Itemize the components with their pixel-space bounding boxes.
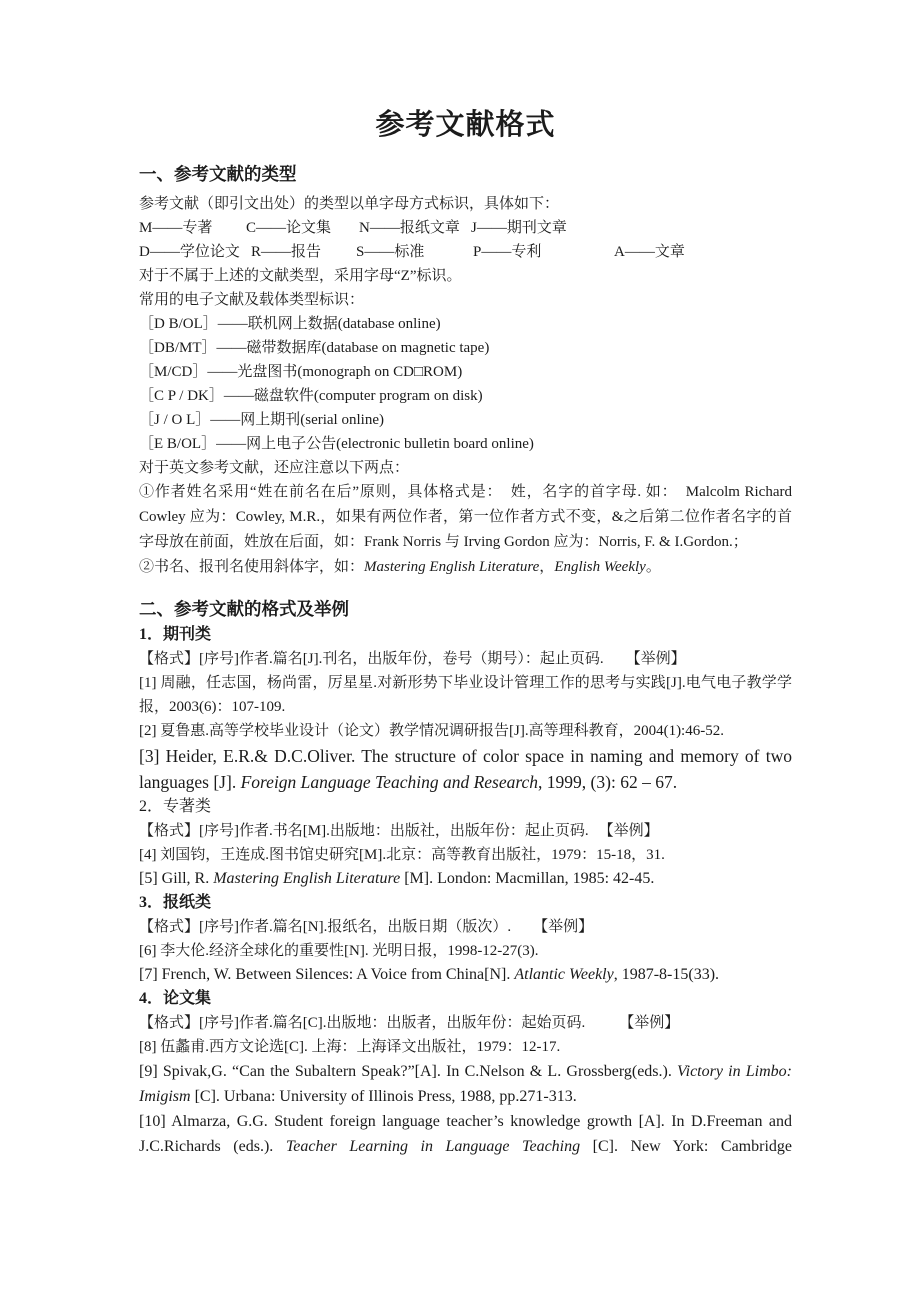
note2-prefix: ②书名、报刊名使用斜体字，如： bbox=[139, 559, 364, 575]
type-code-c: C——论文集 bbox=[246, 216, 359, 240]
document-page: 参考文献格式 一、参考文献的类型 参考文献（即引文出处）的类型以单字母方式标识，… bbox=[0, 0, 920, 1302]
reference-8: [8] 伍蠡甫.西方文论选[C]. 上海：上海译文出版社，1979：12-17. bbox=[139, 1035, 792, 1059]
note2-suffix: 。 bbox=[646, 559, 661, 575]
note2-separator: ， bbox=[539, 559, 554, 575]
ref7-tail: , 1987-8-15(33). bbox=[614, 966, 719, 983]
ref9-text: [9] Spivak,G. “Can the Subaltern Speak?”… bbox=[139, 1063, 677, 1080]
reference-2: [2] 夏鲁惠.高等学校毕业设计（论文）教学情况调研报告[J].高等理科教育，2… bbox=[139, 719, 792, 743]
subsection-3-heading: 3．报纸类 bbox=[139, 891, 792, 915]
ref5-text: [5] Gill, R. bbox=[139, 870, 213, 887]
type-code-p: P——专利 bbox=[473, 240, 614, 264]
ref3-journal-italic: Foreign Language Teaching and Research bbox=[241, 772, 538, 792]
electronic-type-j-ol: ［J / O L］——网上期刊(serial online) bbox=[139, 408, 792, 432]
subsection-2-heading: 2．专著类 bbox=[139, 795, 792, 819]
ref7-journal-italic: Atlantic Weekly bbox=[514, 966, 613, 983]
electronic-intro: 常用的电子文献及载体类型标识： bbox=[139, 288, 792, 312]
reference-9: [9] Spivak,G. “Can the Subaltern Speak?”… bbox=[139, 1059, 792, 1109]
type-code-row2: D——学位论文 R——报告 S——标准 P——专利 A——文章 bbox=[139, 240, 792, 264]
electronic-type-db-mt: ［DB/MT］——磁带数据库(database on magnetic tape… bbox=[139, 336, 792, 360]
subsection-2-format-line: 【格式】[序号]作者.书名[M].出版地：出版社，出版年份：起止页码.【举例】 bbox=[139, 819, 792, 843]
subsection-4-format-line: 【格式】[序号]作者.篇名[C].出版地：出版者，出版年份：起始页码.【举例】 bbox=[139, 1011, 792, 1035]
ref7-text: [7] French, W. Between Silences: A Voice… bbox=[139, 966, 514, 983]
type-code-r: R——报告 bbox=[251, 240, 356, 264]
section1-heading: 一、参考文献的类型 bbox=[139, 160, 792, 188]
type-code-row1: M——专著 C——论文集 N——报纸文章 J——期刊文章 bbox=[139, 216, 792, 240]
ref5-book-italic: Mastering English Literature bbox=[213, 870, 400, 887]
format-text: 【格式】[序号]作者.篇名[N].报纸名，出版日期（版次）. bbox=[139, 919, 511, 935]
english-note-2: ②书名、报刊名使用斜体字，如：Mastering English Literat… bbox=[139, 555, 792, 579]
electronic-type-cp-dk: ［C P / DK］——磁盘软件(computer program on dis… bbox=[139, 384, 792, 408]
document-title: 参考文献格式 bbox=[139, 104, 792, 146]
electronic-type-m-cd: ［M/CD］——光盘图书(monograph on CD□ROM) bbox=[139, 360, 792, 384]
reference-1: [1] 周融，任志国，杨尚雷，厉星星.对新形势下毕业设计管理工作的思考与实践[J… bbox=[139, 671, 792, 719]
section2-heading: 二、参考文献的格式及举例 bbox=[139, 595, 792, 623]
format-text: 【格式】[序号]作者.书名[M].出版地：出版社，出版年份：起止页码. bbox=[139, 823, 589, 839]
example-label: 【举例】 bbox=[533, 919, 593, 935]
format-text: 【格式】[序号]作者.篇名[J].刊名，出版年份，卷号（期号）：起止页码. bbox=[139, 651, 604, 667]
subsection-1-heading: 1．期刊类 bbox=[139, 623, 792, 647]
ref10-book-italic: Teacher Learning in Language Teaching bbox=[286, 1138, 580, 1155]
ref5-tail: [M]. London: Macmillan, 1985: 42-45. bbox=[400, 870, 654, 887]
type-code-j: J——期刊文章 bbox=[471, 216, 567, 240]
electronic-type-db-ol: ［D B/OL］——联机网上数据(database online) bbox=[139, 312, 792, 336]
ref3-tail: , 1999, (3): 62 – 67. bbox=[538, 772, 677, 792]
ref10-tail: [C]. New York: Cambridge bbox=[580, 1138, 792, 1155]
reference-5: [5] Gill, R. Mastering English Literatur… bbox=[139, 867, 792, 891]
subsection-3-format-line: 【格式】[序号]作者.篇名[N].报纸名，出版日期（版次）.【举例】 bbox=[139, 915, 792, 939]
type-code-n: N——报纸文章 bbox=[359, 216, 471, 240]
type-code-a: A——文章 bbox=[614, 240, 685, 264]
english-notes-intro: 对于英文参考文献，还应注意以下两点： bbox=[139, 456, 792, 480]
subsection-1-format-line: 【格式】[序号]作者.篇名[J].刊名，出版年份，卷号（期号）：起止页码.【举例… bbox=[139, 647, 792, 671]
example-label: 【举例】 bbox=[626, 651, 686, 667]
ref9-tail: [C]. Urbana: University of Illinois Pres… bbox=[191, 1088, 577, 1105]
electronic-type-eb-ol: ［E B/OL］——网上电子公告(electronic bulletin boa… bbox=[139, 432, 792, 456]
reference-6: [6] 李大伦.经济全球化的重要性[N]. 光明日报，1998-12-27(3)… bbox=[139, 939, 792, 963]
format-text: 【格式】[序号]作者.篇名[C].出版地：出版者，出版年份：起始页码. bbox=[139, 1015, 585, 1031]
type-code-s: S——标准 bbox=[356, 240, 473, 264]
reference-3: [3] Heider, E.R.& D.C.Oliver. The struct… bbox=[139, 743, 792, 795]
example-label: 【举例】 bbox=[599, 823, 659, 839]
type-code-d: D——学位论文 bbox=[139, 240, 251, 264]
reference-10: [10] Almarza, G.G. Student foreign langu… bbox=[139, 1109, 792, 1159]
english-note-1: ①作者姓名采用“姓在前名在后”原则，具体格式是： 姓，名字的首字母. 如： Ma… bbox=[139, 480, 792, 555]
note2-journal-title-italic: English Weekly bbox=[554, 559, 646, 575]
note2-book-title-italic: Mastering English Literature bbox=[364, 559, 539, 575]
z-note: 对于不属于上述的文献类型，采用字母“Z”标识。 bbox=[139, 264, 792, 288]
section1-intro: 参考文献（即引文出处）的类型以单字母方式标识，具体如下： bbox=[139, 192, 792, 216]
example-label: 【举例】 bbox=[619, 1015, 679, 1031]
type-code-m: M——专著 bbox=[139, 216, 246, 240]
subsection-4-heading: 4．论文集 bbox=[139, 987, 792, 1011]
reference-7: [7] French, W. Between Silences: A Voice… bbox=[139, 963, 792, 987]
reference-4: [4] 刘国钧，王连成.图书馆史研究[M].北京：高等教育出版社，1979：15… bbox=[139, 843, 792, 867]
